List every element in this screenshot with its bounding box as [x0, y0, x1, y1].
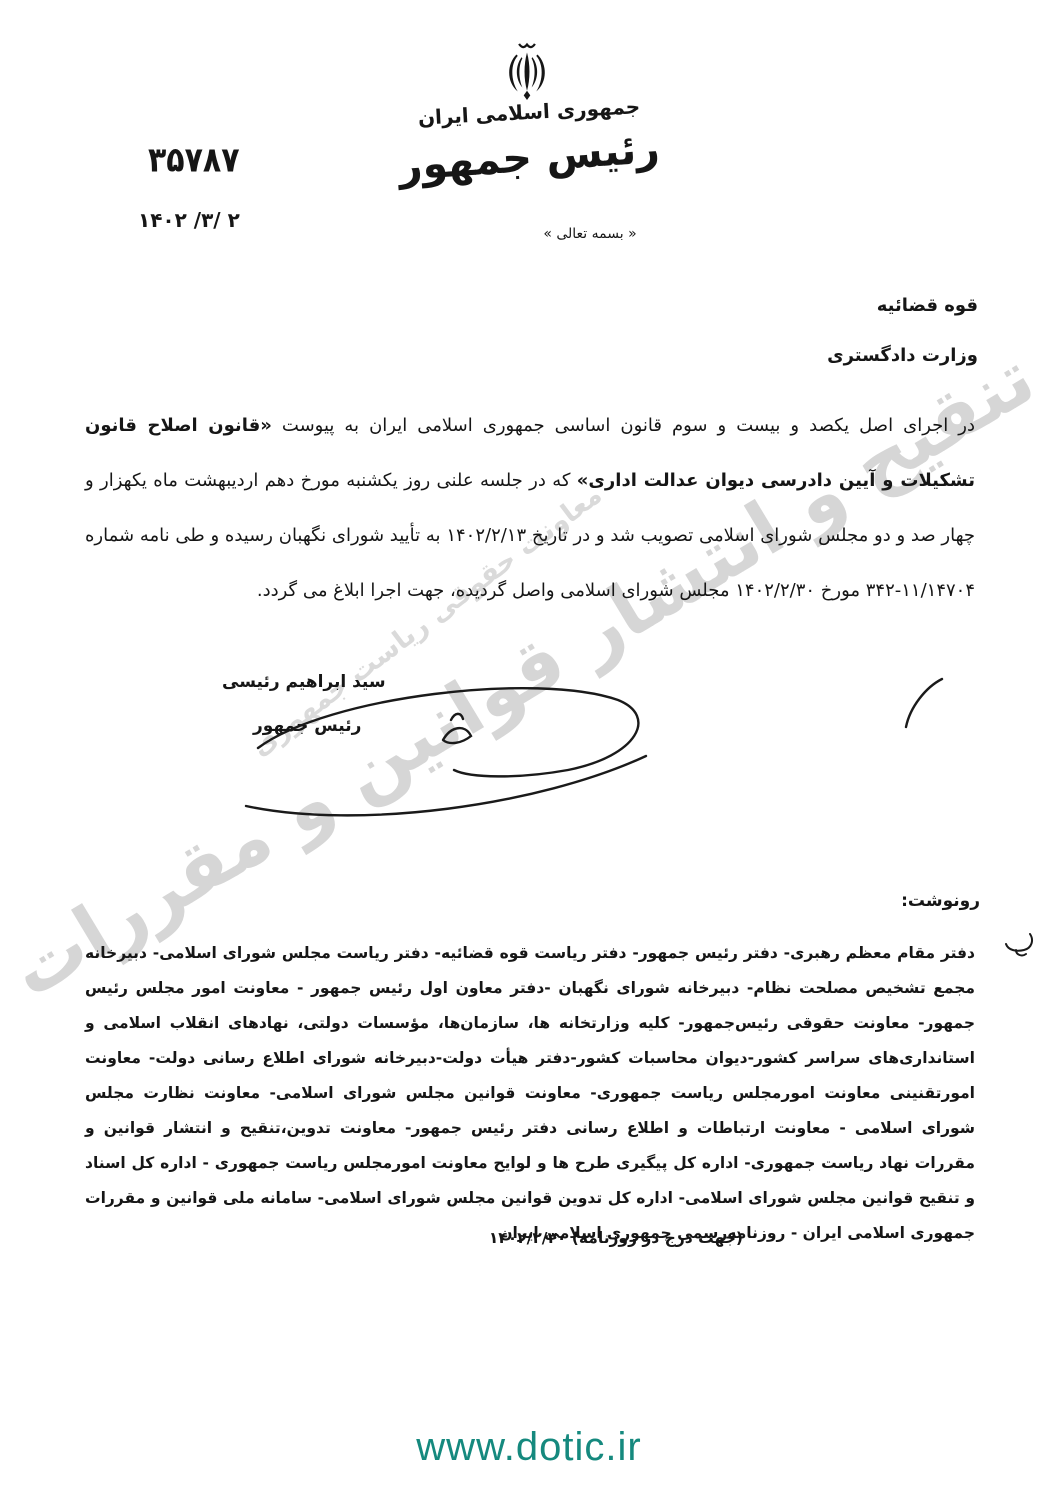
letter-number: ۳۵۷۸۷: [148, 140, 240, 180]
footer-website-link[interactable]: www.dotic.ir: [0, 1425, 1058, 1470]
body-text-1: در اجرای اصل یکصد و بیست و سوم قانون اسا…: [272, 415, 975, 436]
copy-to-list: دفتر مقام معظم رهبری- دفتر رئیس جمهور- د…: [85, 936, 975, 1251]
recipient-block: قوه قضائیه وزارت دادگستری: [827, 295, 978, 366]
iran-emblem-icon: [494, 38, 560, 108]
pen-stroke-icon: [898, 673, 948, 737]
recipient-ministry-of-justice: وزارت دادگستری: [827, 345, 978, 366]
signature-icon: [238, 678, 658, 832]
letter-date: ۱۴۰۲ /۳/ ۲: [138, 208, 240, 232]
copy-to-heading: رونوشت:: [901, 891, 980, 911]
copy-to-date-line: (جهت درج در روزنامه) ۱۴۰۲/۲/۳۰: [489, 1229, 743, 1247]
body-text-3: مورخ ۱۴۰۲/۲/۳۰ مجلس شورای اسلامی واصل گر…: [257, 580, 866, 601]
handwritten-mark-icon: [1002, 930, 1036, 964]
letter-body: در اجرای اصل یکصد و بیست و سوم قانون اسا…: [85, 398, 975, 618]
body-letter-number: ۳۴۲-۱۱/۱۴۷۰۴: [866, 563, 975, 618]
scanned-letter-page: معاونت حقوقی ریاست جمهوری معاونت تدوین ت…: [0, 0, 1058, 1497]
header-title-line: رئیس جمهور: [368, 122, 691, 192]
recipient-judiciary: قوه قضائیه: [827, 295, 978, 316]
basmala-line: « بسمه تعالی »: [500, 226, 680, 242]
